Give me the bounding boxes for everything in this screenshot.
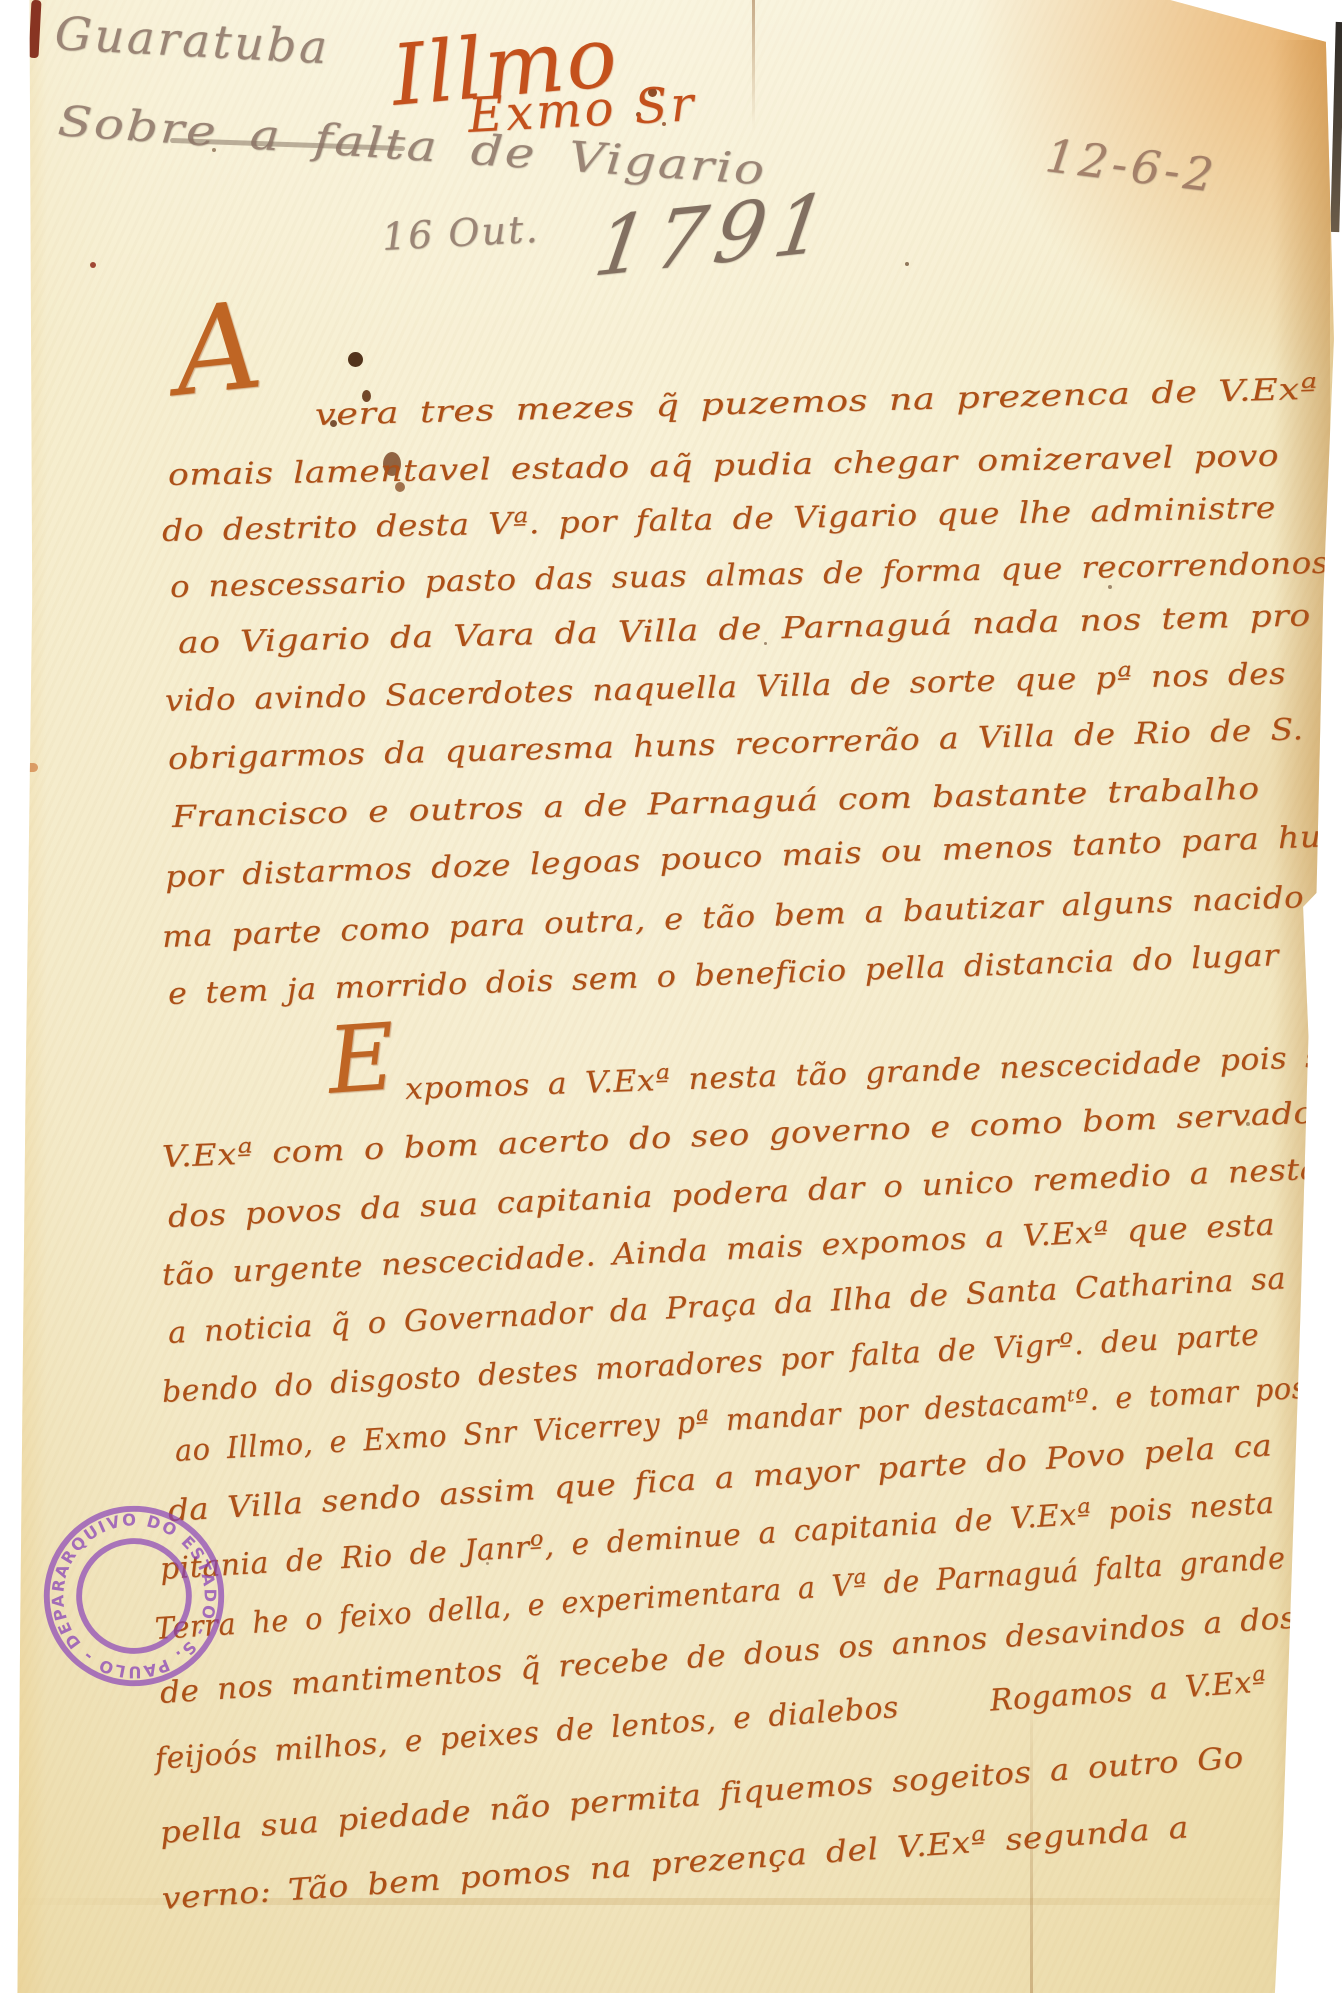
manuscript-line: obrigarmos da quaresma huns recorrerão a…: [168, 712, 1304, 777]
right-edge-shading: [1270, 40, 1330, 1993]
stamp-inner-ring: [67, 1529, 200, 1662]
place-annotation: Guaratuba: [54, 10, 331, 70]
manuscript-line: por distarmos doze legoas pouco mais ou …: [164, 820, 1322, 895]
paper-sheet: Guaratuba Sobre a falta de Vigario 12-6-…: [0, 0, 1342, 1993]
manuscript-line: do destrito desta Vª. por falta de Vigar…: [162, 491, 1277, 549]
margin-smudge: [14, 763, 38, 772]
manuscript-line: vido avindo Sacerdotes naquella Villa de…: [165, 657, 1287, 719]
red-ink-dot: [90, 262, 96, 268]
fold-crease-top: [752, 0, 755, 130]
salutation-exmo: Exmo Sr: [467, 80, 698, 140]
manuscript-line: o nescessario pasto das suas almas de fo…: [170, 546, 1330, 605]
scanner-edge-shadow: [1330, 22, 1342, 232]
drop-cap-a: A: [169, 286, 268, 414]
scanned-manuscript-page: Guaratuba Sobre a falta de Vigario 12-6-…: [0, 0, 1342, 1993]
manuscript-line: Francisco e outros a de Parnaguá com bas…: [172, 772, 1260, 835]
archive-code-annotation: 12-6-2: [1043, 132, 1219, 199]
date-annotation: 16 Out.: [381, 210, 540, 256]
manuscript-line: omais lamentavel estado aq̃ pudia chegar…: [168, 439, 1280, 493]
ink-blot: [348, 352, 363, 367]
manuscript-line: ao Vigario da Vara da Villa de Parnaguá …: [178, 598, 1312, 661]
drop-cap-e: E: [325, 1011, 398, 1107]
foxing-dot: [1108, 585, 1112, 589]
foxing-dot: [905, 262, 909, 266]
ink-blot: [28, 0, 41, 58]
manuscript-line: e tem ja morrido dois sem o beneficio pe…: [167, 938, 1279, 1012]
manuscript-line: xpomos a V.Exª nesta tão grande nescecid…: [404, 1039, 1341, 1107]
manuscript-line: vera tres mezes q̃ puzemos na prezenca d…: [315, 372, 1319, 433]
year-annotation: 1791: [590, 182, 841, 289]
